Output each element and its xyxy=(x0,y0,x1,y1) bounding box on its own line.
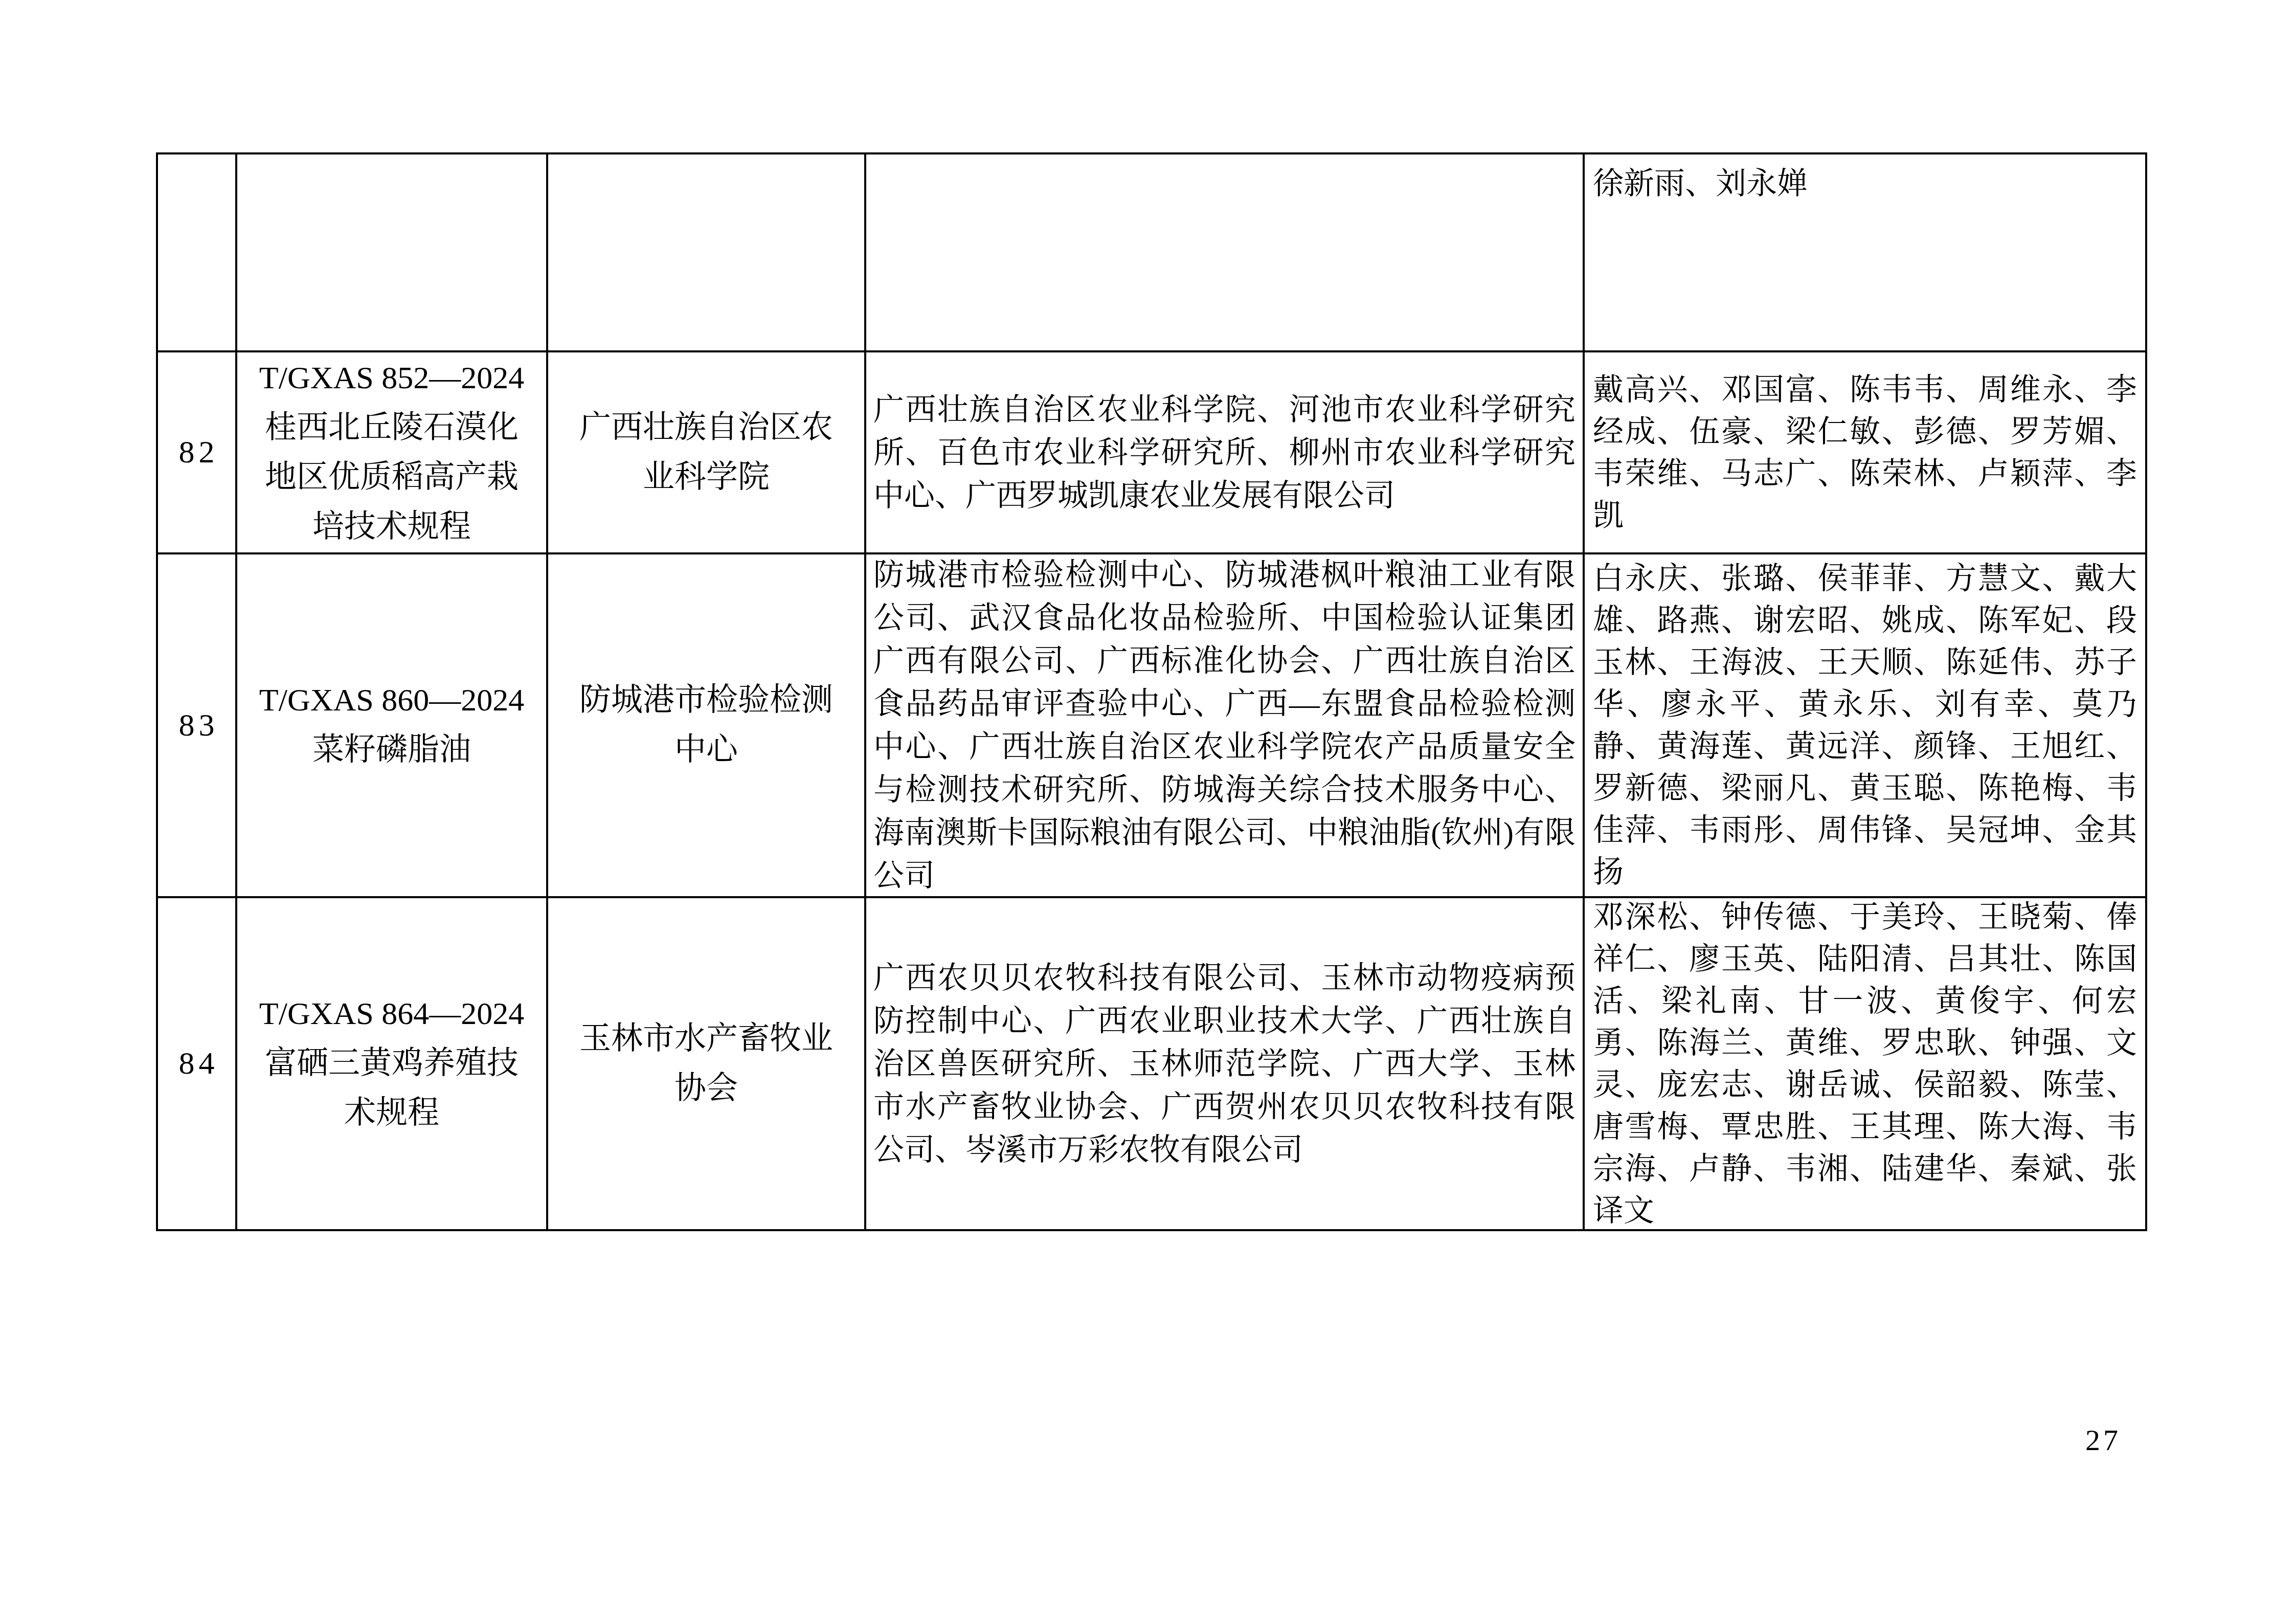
row-82-drafting-units-value: 广西壮族自治区农业科学院、河池市农业科学研究所、百色市农业科学研究所、柳州市农业… xyxy=(866,385,1583,520)
row-82-drafters-value: 戴高兴、邓国富、陈韦韦、周维永、李经成、伍豪、梁仁敏、彭德、罗芳媚、韦荣维、马志… xyxy=(1585,366,2145,540)
row-cont-drafting-units-value xyxy=(866,250,1583,256)
row-82-standard-value: T/GXAS 852—2024 桂西北丘陵石漠化 地区优质稻高产栽 培技术规程 xyxy=(237,353,546,552)
row-84-drafting-units-value: 广西农贝贝农牧科技有限公司、玉林市动物疫病预防控制中心、广西农业职业技术大学、广… xyxy=(866,953,1583,1174)
document-page: { "page": { "number": "27" }, "table": {… xyxy=(0,0,2296,1624)
row-84-standard-value: T/GXAS 864—2024 富硒三黄鸡养殖技 术规程 xyxy=(237,989,546,1138)
row-83-drafting-units: 防城港市检验检测中心、防城港枫叶粮油工业有限公司、武汉食品化妆品检验所、中国检验… xyxy=(866,554,1585,898)
row-82-standard: T/GXAS 852—2024 桂西北丘陵石漠化 地区优质稻高产栽 培技术规程 xyxy=(237,352,548,554)
row-83-drafting-units-value: 防城港市检验检测中心、防城港枫叶粮油工业有限公司、武汉食品化妆品检验所、中国检验… xyxy=(866,554,1583,898)
row-84-standard: T/GXAS 864—2024 富硒三黄鸡养殖技 术规程 xyxy=(237,898,548,1231)
row-cont-standard xyxy=(237,154,548,352)
row-83-standard: T/GXAS 860—2024 菜籽磷脂油 xyxy=(237,554,548,898)
row-83-drafters-value: 白永庆、张璐、侯菲菲、方慧文、戴大雄、路燕、谢宏昭、姚成、陈军妃、段玉林、王海波… xyxy=(1585,554,2145,896)
row-84-drafters: 邓深松、钟传德、于美玲、王晓菊、俸祥仁、廖玉英、陆阳清、吕其壮、陈国活、梁礼南、… xyxy=(1585,898,2147,1231)
row-83-org-value: 防城港市检验检测 中心 xyxy=(548,676,864,775)
row-cont-drafting-units xyxy=(866,154,1585,352)
row-84-drafters-value: 邓深松、钟传德、于美玲、王晓菊、俸祥仁、廖玉英、陆阳清、吕其壮、陈国活、梁礼南、… xyxy=(1585,898,2145,1231)
standards-table: 徐新雨、刘永婵 82 T/GXAS 852—2024 桂西北丘陵石漠化 地区优质… xyxy=(156,152,2147,1231)
row-cont-drafters: 徐新雨、刘永婵 xyxy=(1585,154,2147,352)
page-number: 27 xyxy=(2085,1423,2121,1457)
row-83-standard-value: T/GXAS 860—2024 菜籽磷脂油 xyxy=(237,676,546,775)
row-83-seq-value: 83 xyxy=(158,707,235,744)
row-82-drafters: 戴高兴、邓国富、陈韦韦、周维永、李经成、伍豪、梁仁敏、彭德、罗芳媚、韦荣维、马志… xyxy=(1585,352,2147,554)
row-cont-org xyxy=(548,154,866,352)
row-82-seq: 82 xyxy=(158,352,237,554)
row-82-org-value: 广西壮族自治区农 业科学院 xyxy=(548,403,864,502)
row-83-org: 防城港市检验检测 中心 xyxy=(548,554,866,898)
row-84-seq: 84 xyxy=(158,898,237,1231)
row-cont-seq xyxy=(158,154,237,352)
row-84-seq-value: 84 xyxy=(158,1045,235,1082)
row-84-drafting-units: 广西农贝贝农牧科技有限公司、玉林市动物疫病预防控制中心、广西农业职业技术大学、广… xyxy=(866,898,1585,1231)
row-83-seq: 83 xyxy=(158,554,237,898)
row-82-org: 广西壮族自治区农 业科学院 xyxy=(548,352,866,554)
row-84-org-value: 玉林市水产畜牧业 协会 xyxy=(548,1014,864,1114)
row-cont-drafters-value: 徐新雨、刘永婵 xyxy=(1585,154,2145,208)
row-82-seq-value: 82 xyxy=(158,434,235,471)
row-84-org: 玉林市水产畜牧业 协会 xyxy=(548,898,866,1231)
row-83-drafters: 白永庆、张璐、侯菲菲、方慧文、戴大雄、路燕、谢宏昭、姚成、陈军妃、段玉林、王海波… xyxy=(1585,554,2147,898)
row-82-drafting-units: 广西壮族自治区农业科学院、河池市农业科学研究所、百色市农业科学研究所、柳州市农业… xyxy=(866,352,1585,554)
